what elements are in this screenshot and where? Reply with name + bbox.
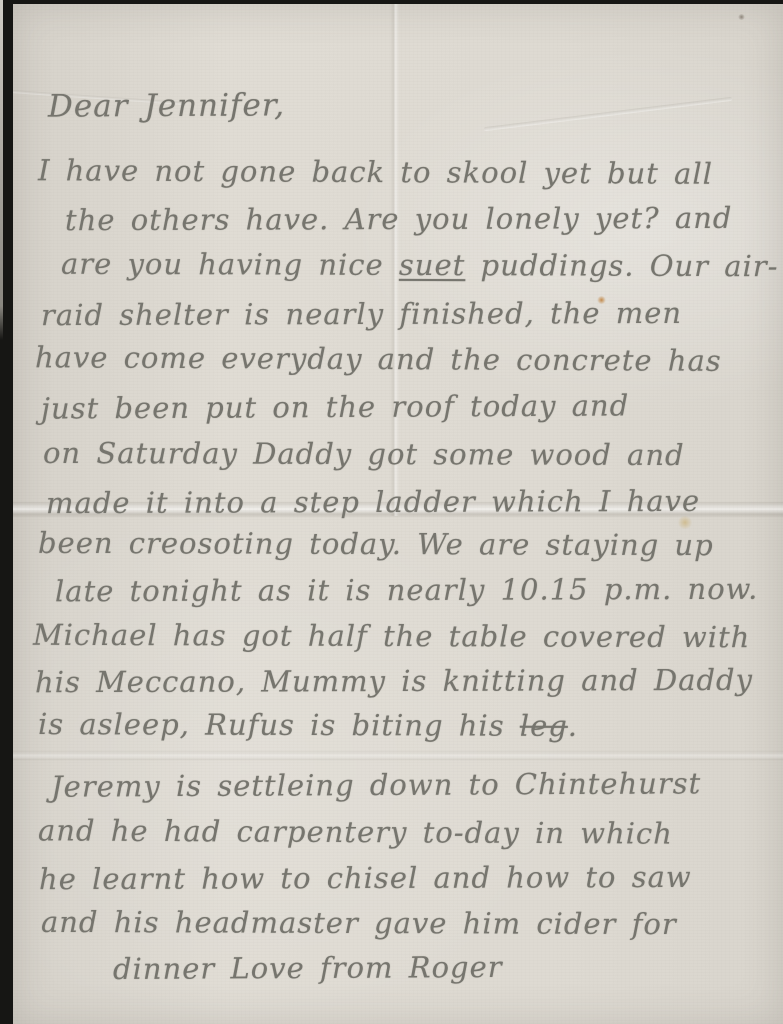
letter-line: have come everyday and the concrete has	[35, 340, 722, 378]
letter-line: and he had carpentery to-day in which	[38, 813, 673, 850]
struck-word: leg	[520, 709, 568, 743]
letter-line: just been put on the roof today and	[41, 388, 629, 425]
letter-line: on Saturday Daddy got some wood and	[43, 436, 685, 472]
letter-line: made it into a step ladder which I have	[46, 484, 700, 520]
line-text: puddings. Our air-	[465, 248, 778, 283]
letter-line: Michael has got half the table covered w…	[33, 618, 750, 655]
scan-edge-sliver	[0, 0, 3, 340]
letter-line: is asleep, Rufus is biting his leg.	[38, 707, 578, 743]
line-text: .	[568, 709, 578, 743]
letter-line: I have not gone back to skool yet but al…	[38, 153, 713, 191]
letter-line: been creosoting today. We are staying up	[38, 526, 714, 562]
handwritten-letter: Dear Jennifer, I have not gone back to s…	[13, 4, 783, 1024]
letter-signature-line: dinner Love from Roger	[113, 950, 503, 986]
salutation: Dear Jennifer,	[48, 87, 285, 124]
underlined-word: suet	[399, 248, 466, 282]
letter-line: Jeremy is settleing down to Chintehurst	[51, 766, 701, 803]
letter-line: are you having nice suet puddings. Our a…	[61, 247, 779, 284]
line-text: are you having nice	[61, 247, 399, 282]
letter-line: the others have. Are you lonely yet? and	[65, 201, 733, 237]
letter-line: late tonight as it is nearly 10.15 p.m. …	[55, 572, 758, 608]
letter-line: raid shelter is nearly finished, the men	[41, 296, 682, 332]
letter-line: he learnt how to chisel and how to saw	[39, 860, 692, 896]
letter-paper: Dear Jennifer, I have not gone back to s…	[13, 4, 783, 1024]
letter-line: his Meccano, Mummy is knitting and Daddy	[35, 663, 753, 700]
letter-line: and his headmaster gave him cider for	[41, 905, 677, 941]
line-text: is asleep, Rufus is biting his	[38, 707, 520, 743]
